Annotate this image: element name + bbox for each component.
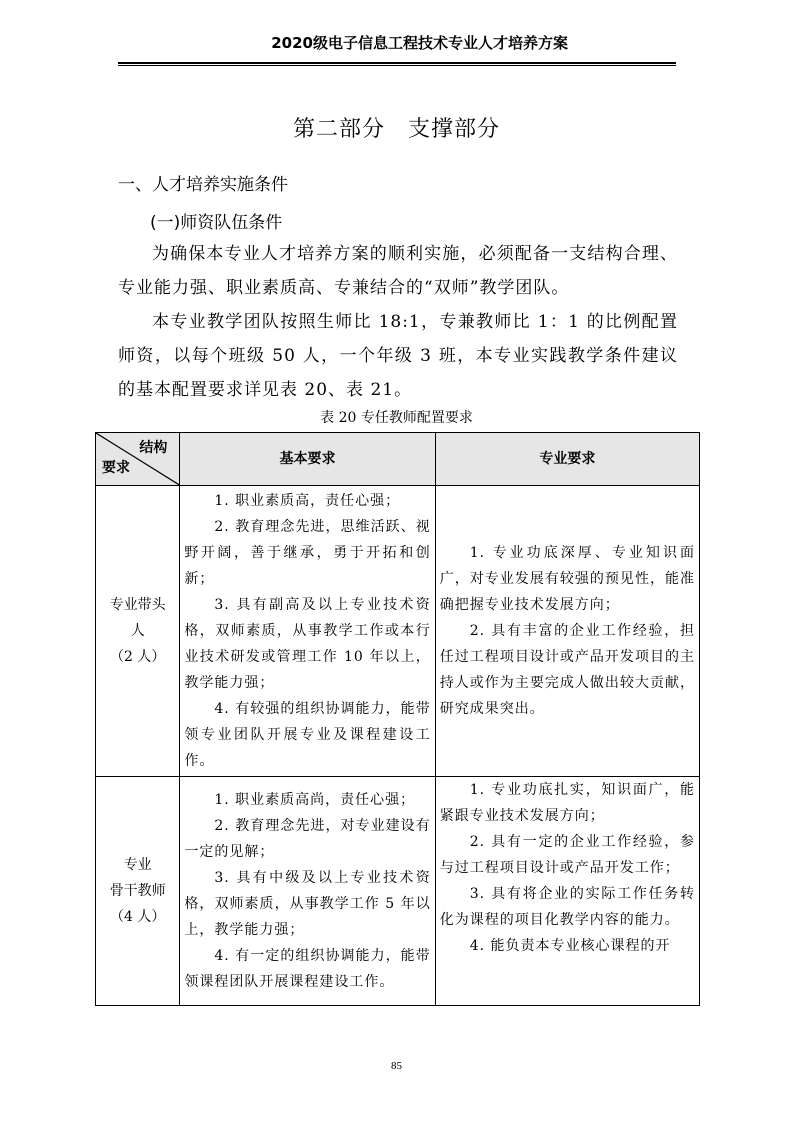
role-count: （4 人） xyxy=(100,904,175,930)
requirement-item: 3. 具有将企业的实际工作任务转化为课程的项目化教学内容的能力。 xyxy=(440,881,695,933)
requirement-item: 1. 专业功底深厚、专业知识面广，对专业发展有较强的预见性，能准确把握专业技术发… xyxy=(440,540,695,618)
requirement-item: 1. 职业素质高，责任心强； xyxy=(184,488,430,514)
basic-requirements-cell: 1. 职业素质高，责任心强； 2. 教育理念先进，思维活跃、视野开阔，善于继承，… xyxy=(180,486,435,777)
professional-requirements-cell: 1. 专业功底深厚、专业知识面广，对专业发展有较强的预见性，能准确把握专业技术发… xyxy=(435,486,699,777)
corner-header-cell: 结构 要求 xyxy=(96,433,180,486)
corner-label-structure: 结构 xyxy=(139,435,167,461)
column-header-professional: 专业要求 xyxy=(435,433,699,486)
requirement-item: 3. 具有副高及以上专业技术资格，双师素质，从事教学工作或本行业技术研发或管理工… xyxy=(184,592,430,696)
requirement-item: 1. 专业功底扎实，知识面广，能紧跟专业技术发展方向； xyxy=(440,777,695,829)
role-count: （2 人） xyxy=(100,644,175,670)
requirement-item: 2. 具有一定的企业工作经验，参与过工程项目设计或产品开发工作； xyxy=(440,829,695,881)
requirement-item: 2. 教育理念先进，思维活跃、视野开阔，善于继承，勇于开拓和创新； xyxy=(184,514,430,592)
paragraph-2: 本专业教学团队按照生师比 18:1，专兼教师比 1：1 的比例配置师资，以每个班… xyxy=(118,305,678,407)
role-label-line: 人 xyxy=(100,618,175,644)
basic-requirements-cell: 1. 职业素质高尚，责任心强； 2. 教育理念先进，对专业建设有一定的见解； 3… xyxy=(180,777,435,1006)
requirement-item: 4. 能负责本专业核心课程的开 xyxy=(440,933,695,959)
requirement-item: 4. 有一定的组织协调能力，能带领课程团队开展课程建设工作。 xyxy=(184,943,430,995)
table-row: 专业带头 人 （2 人） 1. 职业素质高，责任心强； 2. 教育理念先进，思维… xyxy=(96,486,700,777)
requirement-item: 3. 具有中级及以上专业技术资格，双师素质，从事教学工作 5 年以上，教学能力强… xyxy=(184,865,430,943)
table-row: 专业 骨干教师 （4 人） 1. 职业素质高尚，责任心强； 2. 教育理念先进，… xyxy=(96,777,700,1006)
subsection-heading: (一)师资队伍条件 xyxy=(150,208,282,233)
role-label-line: 专业 xyxy=(100,852,175,878)
table-header-row: 结构 要求 基本要求 专业要求 xyxy=(96,433,700,486)
running-header-title: 2020级电子信息工程技术专业人才培养方案 xyxy=(118,32,676,53)
requirement-item: 4. 有较强的组织协调能力，能带领专业团队开展专业及课程建设工作。 xyxy=(184,696,430,774)
professional-requirements-cell: 1. 专业功底扎实，知识面广，能紧跟专业技术发展方向； 2. 具有一定的企业工作… xyxy=(435,777,699,1006)
part-title: 第二部分 支撑部分 xyxy=(0,112,793,143)
role-label-line: 专业带头 xyxy=(100,592,175,618)
teacher-requirements-table: 结构 要求 基本要求 专业要求 专业带头 人 （2 人） 1. 职业素质高，责任… xyxy=(95,432,700,1006)
role-cell-leader: 专业带头 人 （2 人） xyxy=(96,486,180,777)
requirement-item: 1. 职业素质高尚，责任心强； xyxy=(184,787,430,813)
corner-label-requirement: 要求 xyxy=(102,455,130,481)
table-caption: 表 20 专任教师配置要求 xyxy=(0,407,793,427)
requirement-item: 2. 具有丰富的企业工作经验，担任过工程项目设计或产品开发项目的主持人或作为主要… xyxy=(440,618,695,722)
header-rule xyxy=(118,62,676,66)
column-header-basic: 基本要求 xyxy=(180,433,435,486)
requirement-item: 2. 教育理念先进，对专业建设有一定的见解； xyxy=(184,813,430,865)
paragraph-1: 为确保本专业人才培养方案的顺利实施，必须配备一支结构合理、专业能力强、职业素质高… xyxy=(118,237,678,305)
section-heading: 一、人才培养实施条件 xyxy=(118,170,288,195)
role-label-line: 骨干教师 xyxy=(100,878,175,904)
page-number: 85 xyxy=(0,1060,793,1072)
role-cell-backbone: 专业 骨干教师 （4 人） xyxy=(96,777,180,1006)
